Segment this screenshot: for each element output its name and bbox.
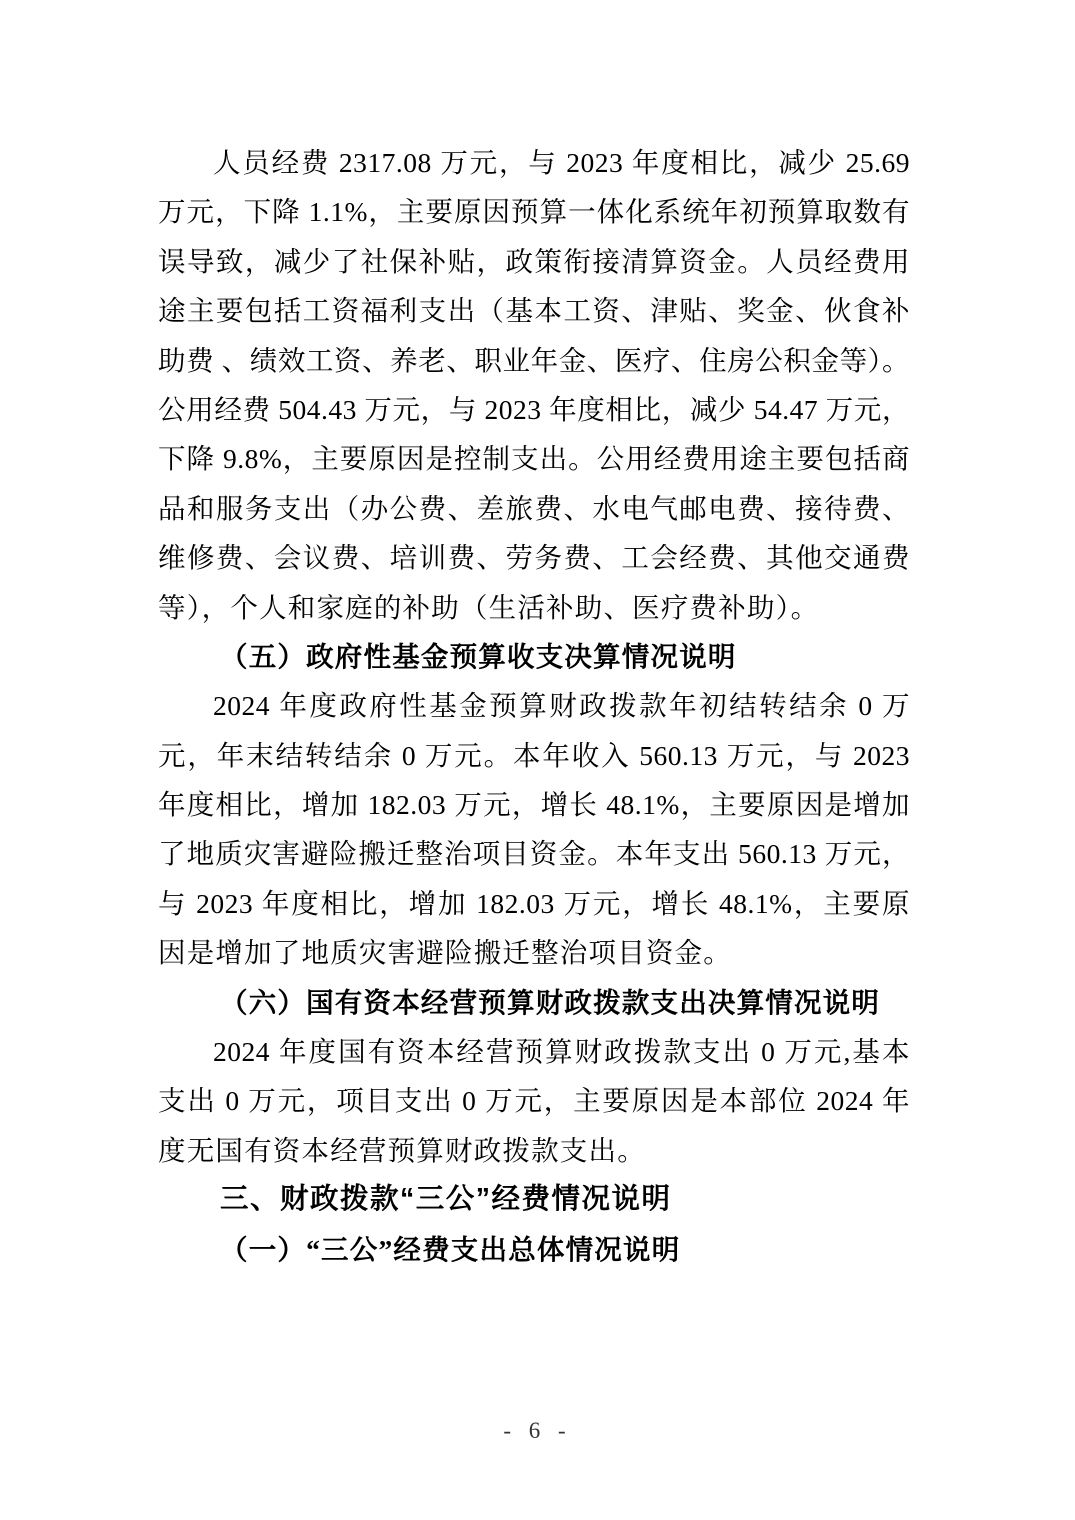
heading-line: （六）国有资本经营预算财政拨款支出决算情况说明 — [158, 978, 910, 1027]
text-line: 人员经费 2317.08 万元，与 2023 年度相比，减少 25.69 — [158, 138, 910, 187]
text-line: 下降 9.8%，主要原因是控制支出。公用经费用途主要包括商 — [158, 434, 910, 483]
page-footer: - 6 - — [0, 1418, 1075, 1444]
document-body: 人员经费 2317.08 万元，与 2023 年度相比，减少 25.69万元，下… — [158, 138, 910, 1274]
document-page: 人员经费 2317.08 万元，与 2023 年度相比，减少 25.69万元，下… — [0, 0, 1075, 1520]
text-line: 了地质灾害避险搬迁整治项目资金。本年支出 560.13 万元， — [158, 829, 910, 878]
page-number: - 6 - — [503, 1418, 571, 1443]
text-line: 元，年末结转结余 0 万元。本年收入 560.13 万元，与 2023 — [158, 731, 910, 780]
text-line: 助费 、绩效工资、养老、职业年金、医疗、住房公积金等）。 — [158, 336, 910, 385]
text-line: 度无国有资本经营预算财政拨款支出。 — [158, 1126, 910, 1175]
text-line: 与 2023 年度相比，增加 182.03 万元，增长 48.1%，主要原 — [158, 879, 910, 928]
heading-line: （五）政府性基金预算收支决算情况说明 — [158, 632, 910, 681]
text-line: 维修费、会议费、培训费、劳务费、工会经费、其他交通费 — [158, 533, 910, 582]
heading-line: （一）“三公”经费支出总体情况说明 — [158, 1225, 910, 1274]
heading-line: 三、财政拨款“三公”经费情况说明 — [158, 1175, 910, 1224]
text-line: 万元，下降 1.1%，主要原因预算一体化系统年初预算取数有 — [158, 187, 910, 236]
text-line: 等），个人和家庭的补助（生活补助、医疗费补助）。 — [158, 583, 910, 632]
text-line: 品和服务支出（办公费、差旅费、水电气邮电费、接待费、 — [158, 484, 910, 533]
text-line: 年度相比，增加 182.03 万元，增长 48.1%，主要原因是增加 — [158, 780, 910, 829]
text-line: 公用经费 504.43 万元，与 2023 年度相比，减少 54.47 万元， — [158, 385, 910, 434]
text-line: 因是增加了地质灾害避险搬迁整治项目资金。 — [158, 928, 910, 977]
text-line: 误导致，减少了社保补贴，政策衔接清算资金。人员经费用 — [158, 237, 910, 286]
text-line: 途主要包括工资福利支出（基本工资、津贴、奖金、伙食补 — [158, 286, 910, 335]
text-line: 支出 0 万元，项目支出 0 万元，主要原因是本部位 2024 年 — [158, 1076, 910, 1125]
text-line: 2024 年度政府性基金预算财政拨款年初结转结余 0 万 — [158, 681, 910, 730]
text-line: 2024 年度国有资本经营预算财政拨款支出 0 万元,基本 — [158, 1027, 910, 1076]
